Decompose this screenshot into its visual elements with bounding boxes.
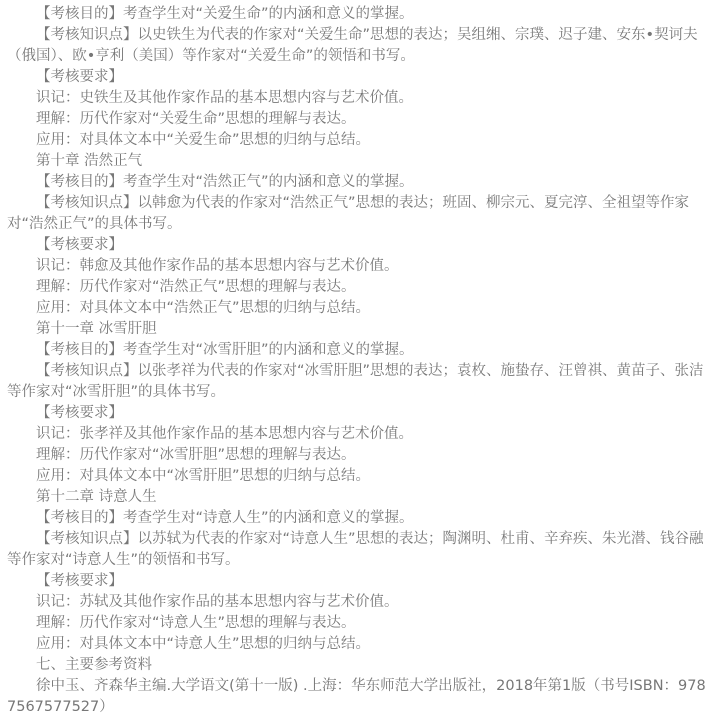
paragraph: 第十章 浩然正气 [7, 151, 707, 172]
paragraph: 七、主要参考资料 [7, 655, 707, 676]
paragraph: 识记：史铁生及其他作家作品的基本思想内容与艺术价值。 [7, 88, 707, 109]
paragraph: 【考核要求】 [7, 67, 707, 88]
paragraph: 识记：苏轼及其他作家作品的基本思想内容与艺术价值。 [7, 592, 707, 613]
document-page: 【考核目的】考查学生对“关爱生命”的内涵和意义的掌握。【考核知识点】以史铁生为代… [0, 0, 723, 719]
paragraph: 【考核目的】考查学生对“浩然正气”的内涵和意义的掌握。 [7, 172, 707, 193]
paragraph: 【考核知识点】以苏轼为代表的作家对“诗意人生”思想的表达；陶渊明、杜甫、辛弃疾、… [7, 529, 707, 571]
paragraph: 第十二章 诗意人生 [7, 487, 707, 508]
paragraph: 徐中玉、齐森华主编.大学语文(第十一版) .上海：华东师范大学出版社，2018年… [7, 676, 707, 718]
paragraph: 识记：张孝祥及其他作家作品的基本思想内容与艺术价值。 [7, 424, 707, 445]
paragraph: 理解：历代作家对“冰雪肝胆”思想的理解与表达。 [7, 445, 707, 466]
paragraph: 【考核知识点】以韩愈为代表的作家对“浩然正气”思想的表达；班固、柳宗元、夏完淳、… [7, 193, 707, 235]
paragraph: 理解：历代作家对“诗意人生”思想的理解与表达。 [7, 613, 707, 634]
paragraph: 应用：对具体文本中“诗意人生”思想的归纳与总结。 [7, 634, 707, 655]
paragraph: 【考核要求】 [7, 571, 707, 592]
paragraph: 第十一章 冰雪肝胆 [7, 319, 707, 340]
paragraph: 【考核目的】考查学生对“诗意人生”的内涵和意义的掌握。 [7, 508, 707, 529]
paragraph: 【考核知识点】以张孝祥为代表的作家对“冰雪肝胆”思想的表达；袁枚、施蛰存、汪曾祺… [7, 361, 707, 403]
paragraph: 【考核目的】考查学生对“关爱生命”的内涵和意义的掌握。 [7, 4, 707, 25]
paragraph: 应用：对具体文本中“浩然正气”思想的归纳与总结。 [7, 298, 707, 319]
paragraph: 理解：历代作家对“关爱生命”思想的理解与表达。 [7, 109, 707, 130]
paragraph: 【考核知识点】以史铁生为代表的作家对“关爱生命”思想的表达；吴组缃、宗璞、迟子建… [7, 25, 707, 67]
paragraph: 识记：韩愈及其他作家作品的基本思想内容与艺术价值。 [7, 256, 707, 277]
paragraph: 【考核要求】 [7, 235, 707, 256]
paragraph: 理解：历代作家对“浩然正气”思想的理解与表达。 [7, 277, 707, 298]
paragraph: 应用：对具体文本中“关爱生命”思想的归纳与总结。 [7, 130, 707, 151]
paragraph: 【考核目的】考查学生对“冰雪肝胆”的内涵和意义的掌握。 [7, 340, 707, 361]
paragraph: 【考核要求】 [7, 403, 707, 424]
paragraph: 应用：对具体文本中“冰雪肝胆”思想的归纳与总结。 [7, 466, 707, 487]
